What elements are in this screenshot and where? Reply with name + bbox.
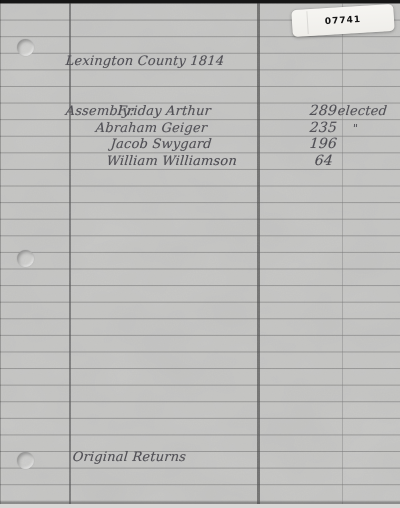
- candidate-note: elected: [337, 104, 388, 119]
- archival-number: 07741: [325, 14, 362, 26]
- left-margin-line: [69, 0, 71, 508]
- scan-bottom-edge: [0, 504, 400, 508]
- sticker-crease: [306, 11, 308, 34]
- candidate-row: William Williamson 64: [0, 154, 400, 171]
- center-divider-line: [257, 0, 260, 508]
- punch-hole-top: [17, 39, 34, 56]
- footer-note: Original Returns: [72, 450, 187, 465]
- scan-left-edge: [0, 0, 1, 508]
- candidate-votes: 235: [309, 121, 338, 136]
- candidate-row: Abraham Geiger 235 ": [0, 121, 400, 138]
- scanned-ledger-page: Lexington County 1814 Assembly: Friday A…: [0, 0, 400, 508]
- candidate-votes: 196: [309, 137, 338, 152]
- punch-hole-middle: [17, 250, 34, 267]
- candidate-votes: 289: [309, 104, 338, 119]
- scan-top-shadow: [0, 3, 400, 4]
- punch-hole-bottom: [17, 452, 34, 469]
- ditto-mark: ": [352, 121, 359, 136]
- candidate-name: Jacob Swygard: [110, 137, 212, 152]
- ruled-lines: [0, 0, 400, 508]
- candidate-name: Friday Arthur: [117, 104, 212, 119]
- candidate-name: William Williamson: [106, 154, 238, 169]
- candidate-row: Friday Arthur 289 elected: [0, 104, 400, 121]
- candidate-name: Abraham Geiger: [95, 121, 208, 136]
- right-faint-line: [342, 0, 343, 508]
- page-heading: Lexington County 1814: [65, 54, 225, 69]
- candidate-votes: 64: [314, 154, 334, 169]
- candidate-row: Jacob Swygard 196: [0, 137, 400, 154]
